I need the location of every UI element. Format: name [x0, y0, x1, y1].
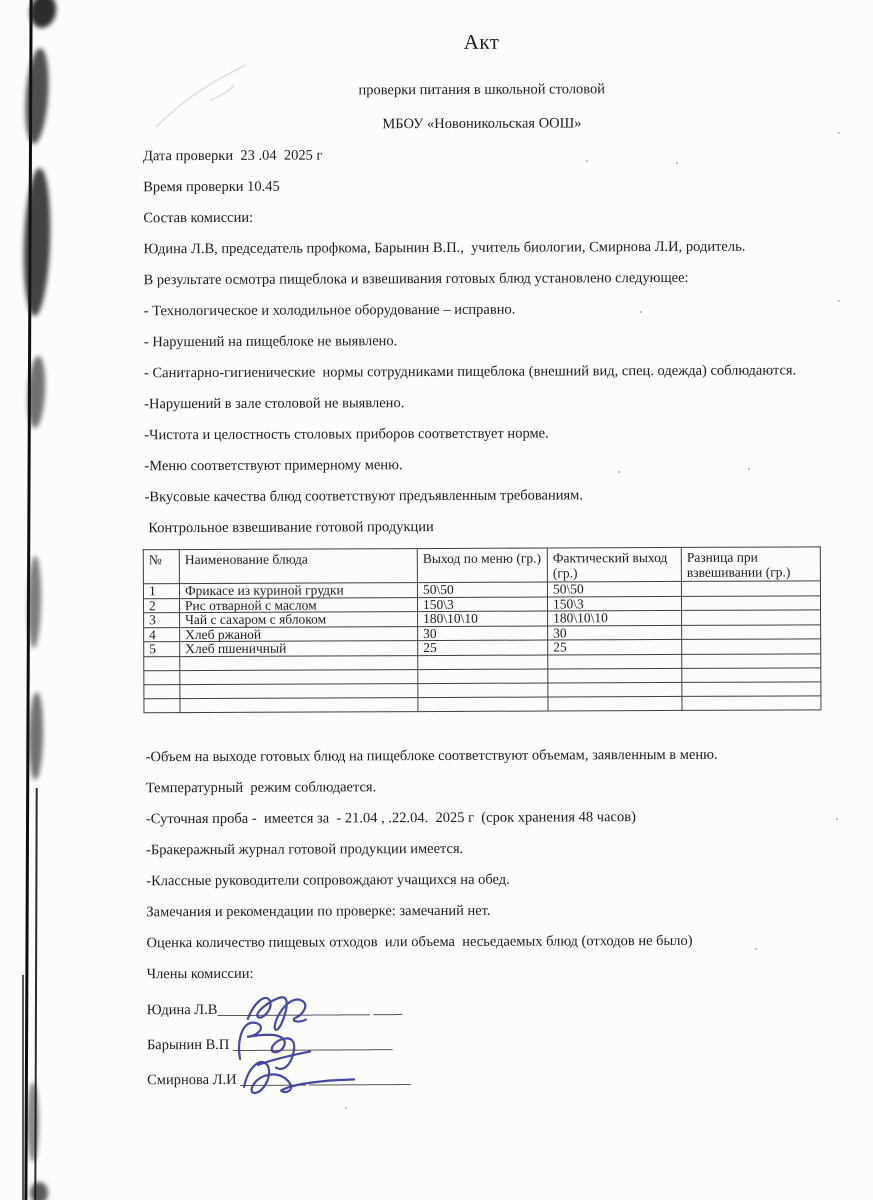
finding-item: -Нарушений в зале столовой не выявлено. — [144, 386, 844, 420]
table-cell — [144, 656, 180, 670]
finding-item: - Санитарно-гигиенические нормы сотрудни… — [144, 355, 844, 389]
findings-intro: В результате осмотра пищеблока и взвешив… — [144, 262, 844, 296]
conclusion-item: -Бракеражный журнал готовой продукции им… — [146, 832, 846, 866]
table-cell — [180, 669, 418, 684]
table-cell — [180, 655, 418, 670]
conclusions-section: -Объем на выходе готовых блюд на пищебло… — [146, 739, 847, 990]
table-cell: 30 — [418, 626, 548, 641]
check-time: Время проверки 10.45 — [143, 169, 843, 203]
column-header: Выход по меню (гр.) — [417, 548, 547, 583]
table-cell: 50\50 — [547, 581, 681, 596]
weighing-caption: Контрольное взвешивание готовой продукци… — [145, 510, 845, 544]
weighing-table-head: №Наименование блюдаВыход по меню (гр.)Фа… — [143, 547, 820, 584]
conclusion-item: -Классные руководители сопровождают учащ… — [146, 863, 846, 897]
document-title: Акт — [143, 28, 821, 56]
weighing-table: №Наименование блюдаВыход по меню (гр.)Фа… — [143, 546, 822, 712]
table-cell: Хлеб ржаной — [180, 626, 418, 642]
signature-line: _________ ______________ — [237, 1071, 411, 1088]
table-cell: 25 — [548, 639, 682, 654]
finding-item: - Технологическое и холодильное оборудов… — [144, 293, 844, 327]
table-cell — [144, 698, 180, 712]
table-cell: 2 — [143, 598, 179, 613]
signer-name: Смирнова Л.И — [147, 1072, 237, 1088]
findings-section: Дата проверки 23 .04 2025 г Время провер… — [143, 138, 845, 544]
table-cell — [418, 669, 548, 684]
findings-list: - Технологическое и холодильное оборудов… — [144, 293, 845, 513]
commission-label: Состав комиссии: — [143, 200, 843, 234]
table-cell: 30 — [548, 625, 682, 640]
table-cell: 180\10\10 — [548, 610, 682, 625]
column-header: Наименование блюда — [179, 549, 417, 584]
signer-name: Барынин В.П — [147, 1037, 230, 1053]
signatures-label: Члены комиссии: — [147, 956, 847, 990]
conclusion-item: Оценка количество пищевых отходов или об… — [146, 925, 846, 959]
table-cell: 3 — [144, 613, 180, 628]
table-cell: 150\3 — [417, 597, 547, 612]
table-cell — [682, 695, 821, 710]
table-cell — [418, 655, 548, 670]
finding-item: -Меню соответствуют примерному меню. — [144, 448, 844, 482]
table-cell — [681, 581, 820, 596]
table-cell — [682, 610, 821, 625]
signature-line: _____________________ ____ — [217, 1001, 402, 1018]
table-cell — [548, 696, 682, 711]
table-cell: Рис отварной с маслом — [179, 597, 417, 613]
organization-name: МБОУ «Новоникольская ООШ» — [143, 114, 821, 134]
conclusions-list: -Объем на выходе готовых блюд на пищебло… — [146, 739, 847, 959]
table-cell — [418, 683, 548, 698]
table-cell: 25 — [418, 640, 548, 655]
table-cell — [144, 684, 180, 698]
signature-row-smirnova: Смирнова Л.И _________ ______________ — [147, 1061, 647, 1098]
table-cell: 4 — [144, 627, 180, 642]
table-cell — [682, 653, 821, 668]
signature-line: ______________________ — [229, 1036, 392, 1053]
signatures-block: Юдина Л.В_____________________ ____ Бары… — [147, 991, 647, 1098]
table-cell: 5 — [144, 642, 180, 657]
table-cell — [548, 668, 682, 683]
table-cell — [418, 697, 548, 712]
table-cell — [180, 683, 418, 698]
table-cell — [180, 697, 418, 712]
title-block: Акт проверки питания в школьной столовой… — [143, 28, 821, 134]
table-cell — [144, 670, 180, 684]
finding-item: -Вкусовые качества блюд соответствуют пр… — [144, 479, 844, 513]
table-cell: 50\50 — [417, 582, 547, 597]
table-cell — [682, 639, 821, 654]
document-body: Акт проверки питания в школьной столовой… — [0, 0, 873, 1200]
signature-row-yudina: Юдина Л.В_____________________ ____ — [147, 991, 647, 1028]
table-row — [144, 695, 821, 712]
table-cell: Чай с сахаром с яблоком — [180, 612, 418, 628]
table-cell: Хлеб пшеничный — [180, 641, 418, 657]
commission-members: Юдина Л.В, председатель профкома, Барыни… — [143, 231, 843, 265]
table-cell — [682, 667, 821, 682]
table-cell — [681, 595, 820, 610]
table-cell: Фрикасе из куриной грудки — [179, 583, 417, 599]
conclusion-item: -Суточная проба - имеется за - 21.04 , .… — [146, 801, 846, 835]
table-cell — [682, 624, 821, 639]
table-cell: 150\3 — [547, 596, 681, 611]
column-header: № — [143, 550, 179, 584]
check-date: Дата проверки 23 .04 2025 г — [143, 138, 843, 172]
table-cell: 1 — [143, 584, 179, 599]
table-cell — [682, 681, 821, 696]
table-cell: 180\10\10 — [418, 611, 548, 626]
conclusion-item: -Объем на выходе готовых блюд на пищебло… — [146, 739, 846, 773]
conclusion-item: Замечания и рекомендации по проверке: за… — [146, 894, 846, 928]
table-cell — [548, 682, 682, 697]
signer-name: Юдина Л.В — [147, 1002, 218, 1018]
weighing-table-body: 1Фрикасе из куриной грудки50\5050\502Рис… — [143, 581, 821, 712]
column-header: Разница при взвешивании (гр.) — [681, 547, 820, 582]
column-header: Фактический выход (гр.) — [547, 547, 681, 582]
conclusion-item: Температурный режим соблюдается. — [146, 770, 846, 804]
scanned-document-page: Акт проверки питания в школьной столовой… — [0, 0, 873, 1200]
finding-item: -Чистота и целостность столовых приборов… — [144, 417, 844, 451]
signature-row-barynin: Барынин В.П ______________________ — [147, 1026, 647, 1063]
finding-item: - Нарушений на пищеблоке не выявлено. — [144, 324, 844, 358]
table-cell — [548, 654, 682, 669]
document-subtitle: проверки питания в школьной столовой — [143, 80, 821, 100]
